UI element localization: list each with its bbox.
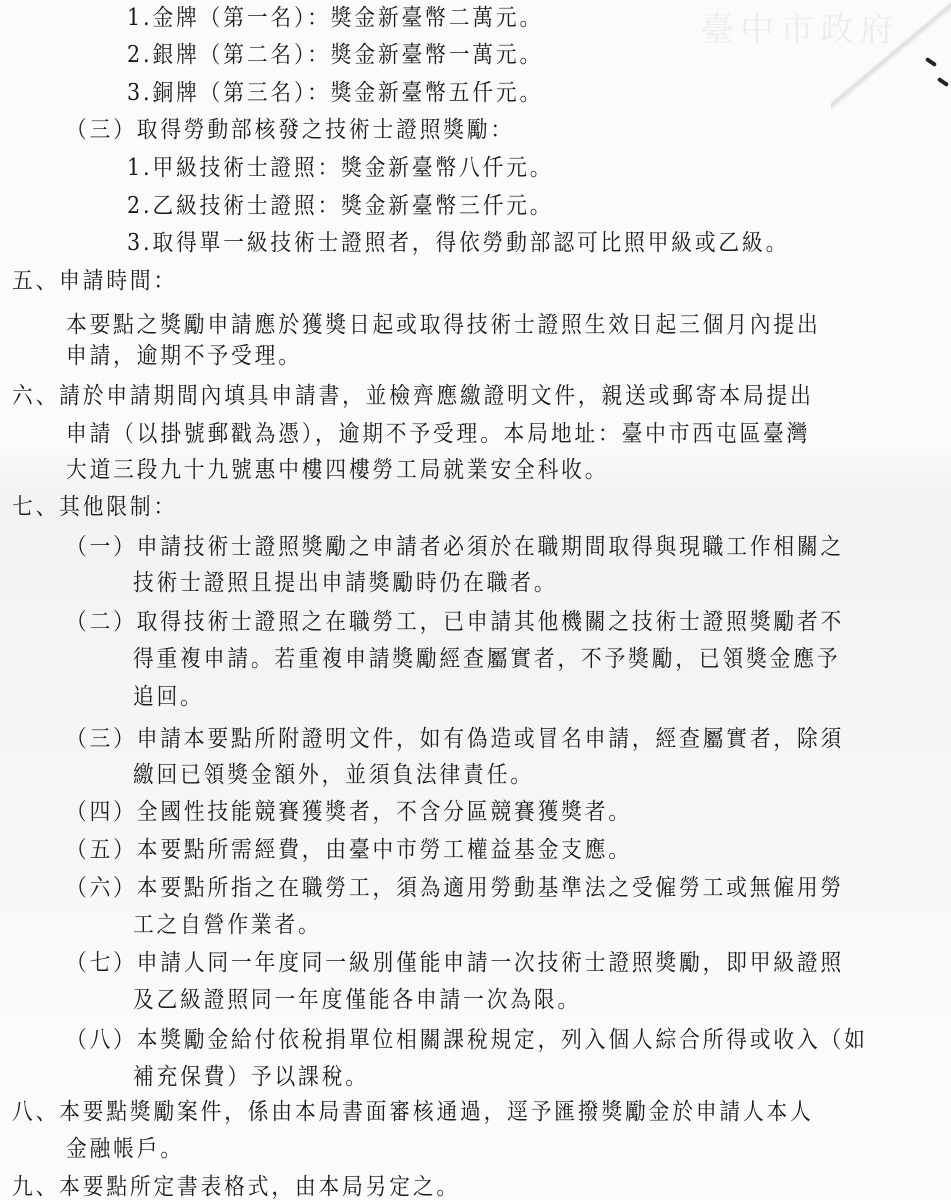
document-line: 3.銅牌（第三名）：獎金新臺幣五仟元。 [127, 78, 543, 108]
page-fold-shadow [831, 0, 951, 110]
document-line: 技術士證照且提出申請獎勵時仍在職者。 [133, 568, 557, 598]
document-line: 1.金牌（第一名）：獎金新臺幣二萬元。 [127, 3, 543, 33]
document-line: 3.取得單一級技術士證照者，得依勞動部認可比照甲級或乙級。 [127, 228, 789, 258]
document-line: （七）申請人同一年度同一級別僅能申請一次技術士證照獎勵，即甲級證照 [66, 948, 844, 978]
document-line: （八）本獎勵金給付依稅捐單位相關課稅規定，列入個人綜合所得或收入（如 [66, 1025, 868, 1055]
document-line: 追回。 [133, 682, 204, 712]
document-line: 繳回已領獎金額外，並須負法律責任。 [133, 760, 534, 790]
document-line: （三）取得勞動部核發之技術士證照獎勵： [66, 115, 514, 145]
document-line: 工之自營作業者。 [133, 910, 322, 940]
document-line: 大道三段九十九號惠中樓四樓勞工局就業安全科收。 [66, 455, 608, 485]
document-line: （四）全國性技能競賽獲獎者，不含分區競賽獲獎者。 [66, 797, 632, 827]
document-line: （五）本要點所需經費，由臺中市勞工權益基金支應。 [66, 835, 632, 865]
document-line: 七、其他限制： [12, 492, 177, 522]
scanned-document-page: 臺中市政府 1.金牌（第一名）：獎金新臺幣二萬元。2.銀牌（第二名）：獎金新臺幣… [0, 0, 951, 1200]
document-line: 九、本要點所定書表格式，由本局另定之。 [12, 1172, 460, 1200]
document-line: 申請，逾期不予受理。 [66, 341, 302, 371]
document-line: 1.甲級技術士證照：獎金新臺幣八仟元。 [127, 153, 553, 183]
document-line: （三）申請本要點所附證明文件，如有偽造或冒名申請，經查屬實者，除須 [66, 724, 844, 754]
document-line: 得重複申請。若重複申請獎勵經查屬實者，不予獎勵，已領獎金應予 [133, 644, 840, 674]
document-line: 及乙級證照同一年度僅能各申請一次為限。 [133, 985, 581, 1015]
document-line: 2.銀牌（第二名）：獎金新臺幣一萬元。 [127, 40, 543, 70]
document-line: 申請（以掛號郵戳為憑），逾期不予受理。本局地址：臺中市西屯區臺灣 [66, 419, 810, 449]
document-line: 本要點之獎勵申請應於獲獎日起或取得技術士證照生效日起三個月內提出 [66, 310, 821, 340]
document-line: （一）申請技術士證照獎勵之申請者必須於在職期間取得與現職工作相關之 [66, 532, 844, 562]
document-line: 2.乙級技術士證照：獎金新臺幣三仟元。 [127, 191, 553, 221]
document-line: （二）取得技術士證照之在職勞工，已申請其他機關之技術士證照獎勵者不 [66, 607, 844, 637]
document-line: 六、請於申請期間內填具申請書，並檢齊應繳證明文件，親送或郵寄本局提出 [12, 381, 814, 411]
document-line: 金融帳戶。 [66, 1134, 184, 1164]
document-line: 五、申請時間： [12, 266, 177, 296]
document-line: （六）本要點所指之在職勞工，須為適用勞動基準法之受僱勞工或無僱用勞 [66, 873, 844, 903]
document-line: 補充保費）予以課稅。 [133, 1062, 369, 1092]
document-line: 八、本要點獎勵案件，係由本局書面審核通過，逕予匯撥獎勵金於申請人本人 [12, 1097, 814, 1127]
